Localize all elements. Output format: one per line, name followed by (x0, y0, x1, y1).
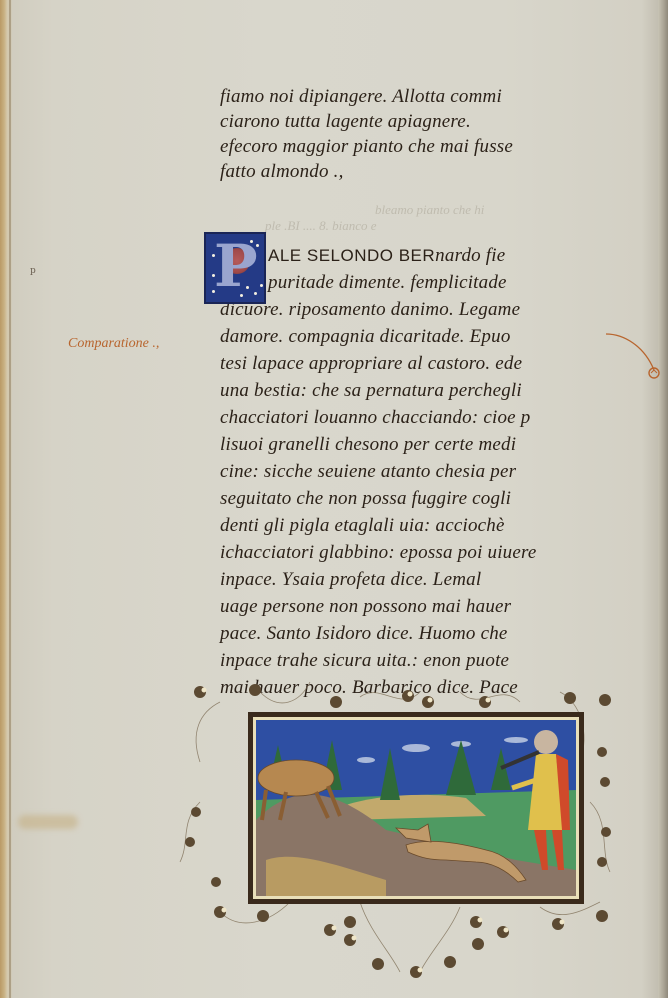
initial-dot (212, 274, 215, 277)
show-through-text: bleamo pianto che hi ple .BI .... 8. bia… (225, 202, 585, 234)
rubric-margin-note: Comparatione ., (68, 336, 159, 352)
initial-dot (212, 290, 215, 293)
initial-dot (212, 254, 215, 257)
manuscript-page: p bleamo pianto che hi ple .BI .... 8. b… (0, 0, 668, 998)
initial-dot (260, 284, 263, 287)
text-line: ciarono tutta lagente apiagnere. (220, 109, 610, 134)
text-line: fatto almondo ., (220, 159, 610, 184)
initial-dot (250, 240, 253, 243)
text-line: chacciatori louanno chacciando: cioe p (220, 404, 537, 431)
gutter-line (9, 0, 11, 998)
text-line: lisuoi granelli chesono per certe medi (220, 431, 537, 458)
text-line: uage persone non possono mai hauer (220, 593, 537, 620)
ghost-line: ple .BI .... 8. bianco e (225, 218, 585, 234)
main-text: fiamo noi dipiangere. Allotta commi ciar… (220, 84, 610, 184)
initial-dot (254, 292, 257, 295)
marginal-mark: p (30, 266, 36, 276)
text-line: cine: sicche seuiene atanto chesia per (220, 458, 537, 485)
text-line: tesi lapace appropriare al castoro. ede (220, 350, 537, 377)
text-line: inpace trahe sicura uita.: enon puote (220, 647, 537, 674)
parchment-stain (18, 815, 78, 829)
text-line: damore. compagnia dicaritade. Epuo (220, 323, 537, 350)
text-line: fiamo noi dipiangere. Allotta commi (220, 84, 610, 109)
text-line: efecoro maggior pianto che mai fusse (220, 134, 610, 159)
opening-rest: nardo fie (435, 245, 505, 266)
initial-letter: P (214, 236, 258, 296)
initial-dot (240, 294, 243, 297)
rubric-pointer-icon (604, 330, 666, 382)
miniature-scene (253, 717, 579, 899)
initial-dot (256, 244, 259, 247)
text-line: puritade dimente. femplicitade (220, 269, 537, 296)
illuminated-initial: P (204, 232, 266, 304)
text-line: denti gli pigla etaglali uia: acciochè (220, 512, 537, 539)
text-line: pace. Santo Isidoro dice. Huomo che (220, 620, 537, 647)
hunt-scene (256, 720, 576, 896)
text-line: inpace. Ysaia profeta dice. Lemal (220, 566, 537, 593)
text-line-first: ALE SELONDO BERnardo fie (220, 242, 537, 269)
miniature-painting (248, 712, 584, 904)
opening-capitals: ALE SELONDO BER (268, 246, 435, 265)
initial-dot (246, 286, 249, 289)
text-line: dicuore. riposamento danimo. Legame (220, 296, 537, 323)
text-line: seguitato che non possa fuggire cogli (220, 485, 537, 512)
text-line: una bestia: che sa pernatura perchegli (220, 377, 537, 404)
paragraph-2: ALE SELONDO BERnardo fie puritade diment… (220, 242, 537, 701)
paragraph-1: fiamo noi dipiangere. Allotta commi ciar… (220, 84, 610, 184)
text-line: ichacciatori glabbino: epossa poi uiuere (220, 539, 537, 566)
ghost-line: bleamo pianto che hi (225, 202, 585, 218)
page-edge (658, 0, 668, 998)
